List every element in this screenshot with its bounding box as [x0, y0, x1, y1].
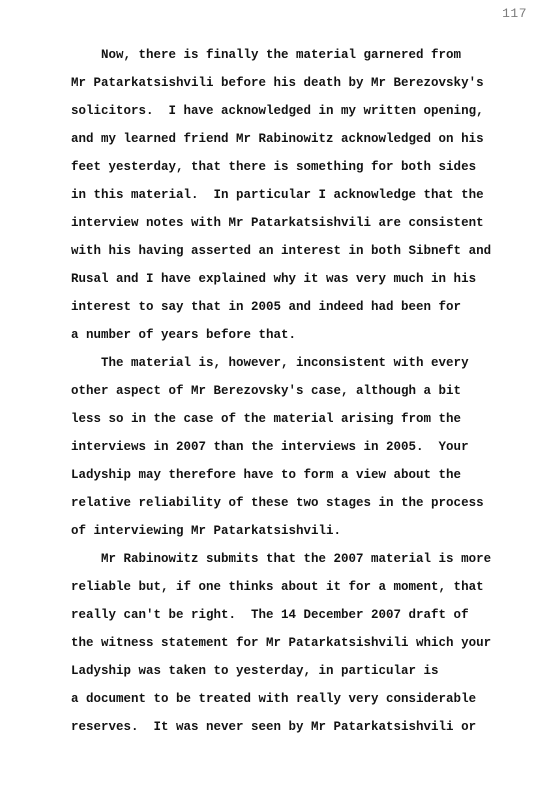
- text-line: reliable but, if one thinks about it for…: [71, 573, 538, 601]
- text-line: relative reliability of these two stages…: [71, 489, 538, 517]
- text-line: a document to be treated with really ver…: [71, 685, 538, 713]
- text-line: with his having asserted an interest in …: [71, 237, 538, 265]
- text-line: Rusal and I have explained why it was ve…: [71, 265, 538, 293]
- text-line: solicitors. I have acknowledged in my wr…: [71, 97, 538, 125]
- text-line: less so in the case of the material aris…: [71, 405, 538, 433]
- text-line: feet yesterday, that there is something …: [71, 153, 538, 181]
- text-line: Ladyship was taken to yesterday, in part…: [71, 657, 538, 685]
- page-number: 117: [502, 6, 527, 21]
- text-line: a number of years before that.: [71, 321, 538, 349]
- text-line: interest to say that in 2005 and indeed …: [71, 293, 538, 321]
- text-line: of interviewing Mr Patarkatsishvili.: [71, 517, 538, 545]
- text-line: other aspect of Mr Berezovsky's case, al…: [71, 377, 538, 405]
- text-line: in this material. In particular I acknow…: [71, 181, 538, 209]
- text-line: reserves. It was never seen by Mr Patark…: [71, 713, 538, 741]
- text-line: Mr Rabinowitz submits that the 2007 mate…: [71, 545, 538, 573]
- text-line: Ladyship may therefore have to form a vi…: [71, 461, 538, 489]
- document-page: 117 Now, there is finally the material g…: [0, 0, 558, 789]
- text-line: Now, there is finally the material garne…: [71, 41, 538, 69]
- text-line: Mr Patarkatsishvili before his death by …: [71, 69, 538, 97]
- text-line: and my learned friend Mr Rabinowitz ackn…: [71, 125, 538, 153]
- text-line: The material is, however, inconsistent w…: [71, 349, 538, 377]
- transcript-text-block: Now, there is finally the material garne…: [71, 41, 538, 741]
- text-line: interview notes with Mr Patarkatsishvili…: [71, 209, 538, 237]
- text-line: really can't be right. The 14 December 2…: [71, 601, 538, 629]
- text-line: interviews in 2007 than the interviews i…: [71, 433, 538, 461]
- text-line: the witness statement for Mr Patarkatsis…: [71, 629, 538, 657]
